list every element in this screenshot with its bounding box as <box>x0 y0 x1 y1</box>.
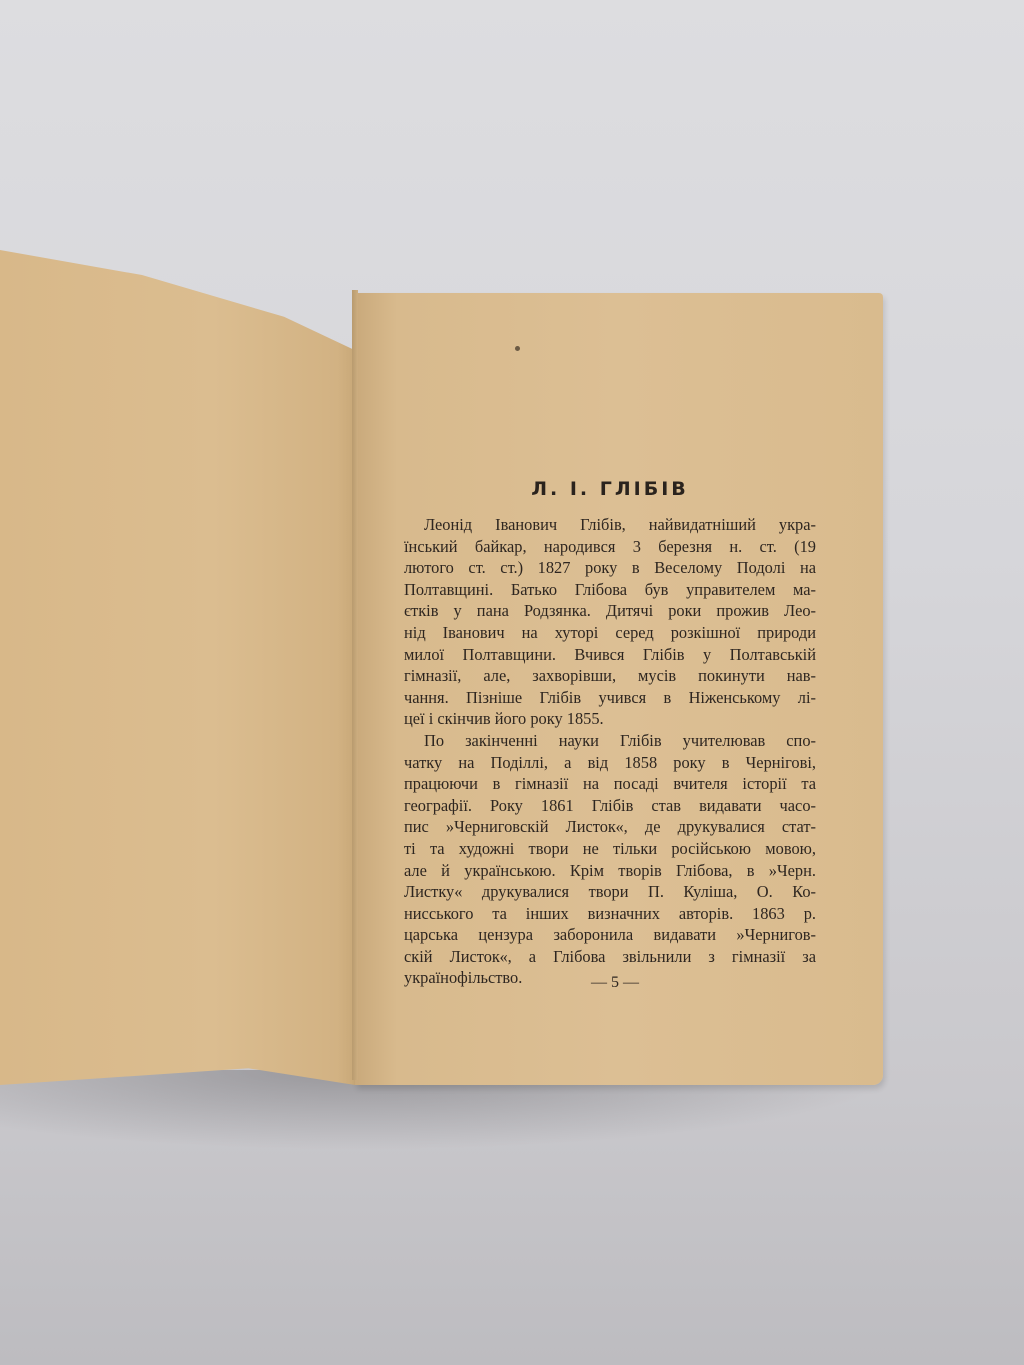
paragraph-2: По закінченні науки Глібів учителював сп… <box>404 730 816 989</box>
text-line: царська цензура заборонила видавати »Чер… <box>404 924 816 946</box>
chapter-title: Л. І. ГЛІБІВ <box>404 478 816 500</box>
text-line: скій Листок«, а Глібова звільнили з гімн… <box>404 946 816 968</box>
book-gutter <box>352 290 358 1080</box>
text-line: працюючи в гімназії на посаді вчителя іс… <box>404 773 816 795</box>
text-line: Листку« друкувалися твори П. Куліша, О. … <box>404 881 816 903</box>
text-line: Леонід Іванович Глібів, найвидатніший ук… <box>404 514 816 536</box>
text-line: ті та художні твори не тільки російською… <box>404 838 816 860</box>
text-line: По закінченні науки Глібів учителював сп… <box>404 730 816 752</box>
text-line: Полтавщині. Батько Глібова був управител… <box>404 579 816 601</box>
paragraph-1: Леонід Іванович Глібів, найвидатніший ук… <box>404 514 816 730</box>
paper-speck <box>515 346 520 351</box>
page-text: Л. І. ГЛІБІВ Леонід Іванович Глібів, най… <box>404 478 816 989</box>
text-line: нід Іванович на хуторі серед розкішної п… <box>404 622 816 644</box>
text-line: гімназії, але, захворівши, мусів покинут… <box>404 665 816 687</box>
text-line: милої Полтавщини. Вчився Глібів у Полтав… <box>404 644 816 666</box>
text-line: нисського та інших визначних авторів. 18… <box>404 903 816 925</box>
text-line: чатку на Поділлі, а від 1858 року в Черн… <box>404 752 816 774</box>
text-line: чання. Пізніше Глібів учився в Ніженсько… <box>404 687 816 709</box>
text-line: географії. Року 1861 Глібів став видават… <box>404 795 816 817</box>
text-line: пис »Черниговскій Листок«, де друкувалис… <box>404 816 816 838</box>
text-line: лютого ст. ст.) 1827 року в Веселому Под… <box>404 557 816 579</box>
page-number: — 5 — <box>575 974 655 992</box>
text-line: їнський байкар, народився 3 березня н. с… <box>404 536 816 558</box>
text-line: але й українською. Крім творів Глібова, … <box>404 860 816 882</box>
left-page <box>0 250 355 1085</box>
text-line: цеї і скінчив його року 1855. <box>404 708 816 730</box>
text-line: єтків у пана Родзянка. Дитячі роки прожи… <box>404 600 816 622</box>
